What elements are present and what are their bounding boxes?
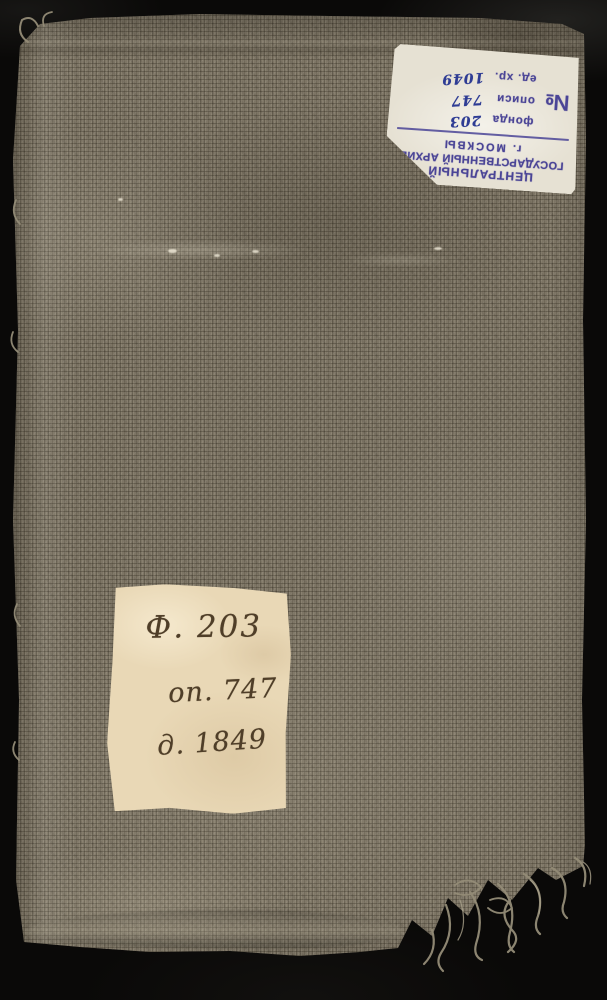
photograph-backdrop: { "scene": { "type": "photograph", "subj…: [0, 0, 607, 1000]
fabric-speck: [252, 250, 259, 253]
stamp-fields: № фонда 203 описи 747 ед. хр. 1049: [395, 58, 575, 135]
fabric-bottom-fold: [24, 910, 404, 948]
unit-field-value: 1049: [441, 65, 485, 89]
opis-field-value: 747: [450, 87, 483, 110]
fond-handwritten: Ф. 203: [145, 608, 262, 646]
handwritten-paper-label: Ф. 203 оп. 747 д. 1849: [106, 583, 293, 815]
fond-field-value: 203: [449, 109, 482, 132]
opis-field-label: описи: [482, 87, 535, 108]
fabric-speck: [168, 249, 177, 253]
fabric-speck: [214, 254, 220, 257]
fond-field-label: фонда: [481, 109, 534, 130]
number-sign: №: [534, 88, 574, 117]
unit-field-label: ед. хр.: [484, 65, 537, 86]
opis-handwritten: оп. 747: [167, 673, 278, 709]
fabric-speck: [434, 247, 442, 250]
fabric-speck: [118, 198, 123, 201]
delo-handwritten: д. 1849: [156, 724, 268, 762]
